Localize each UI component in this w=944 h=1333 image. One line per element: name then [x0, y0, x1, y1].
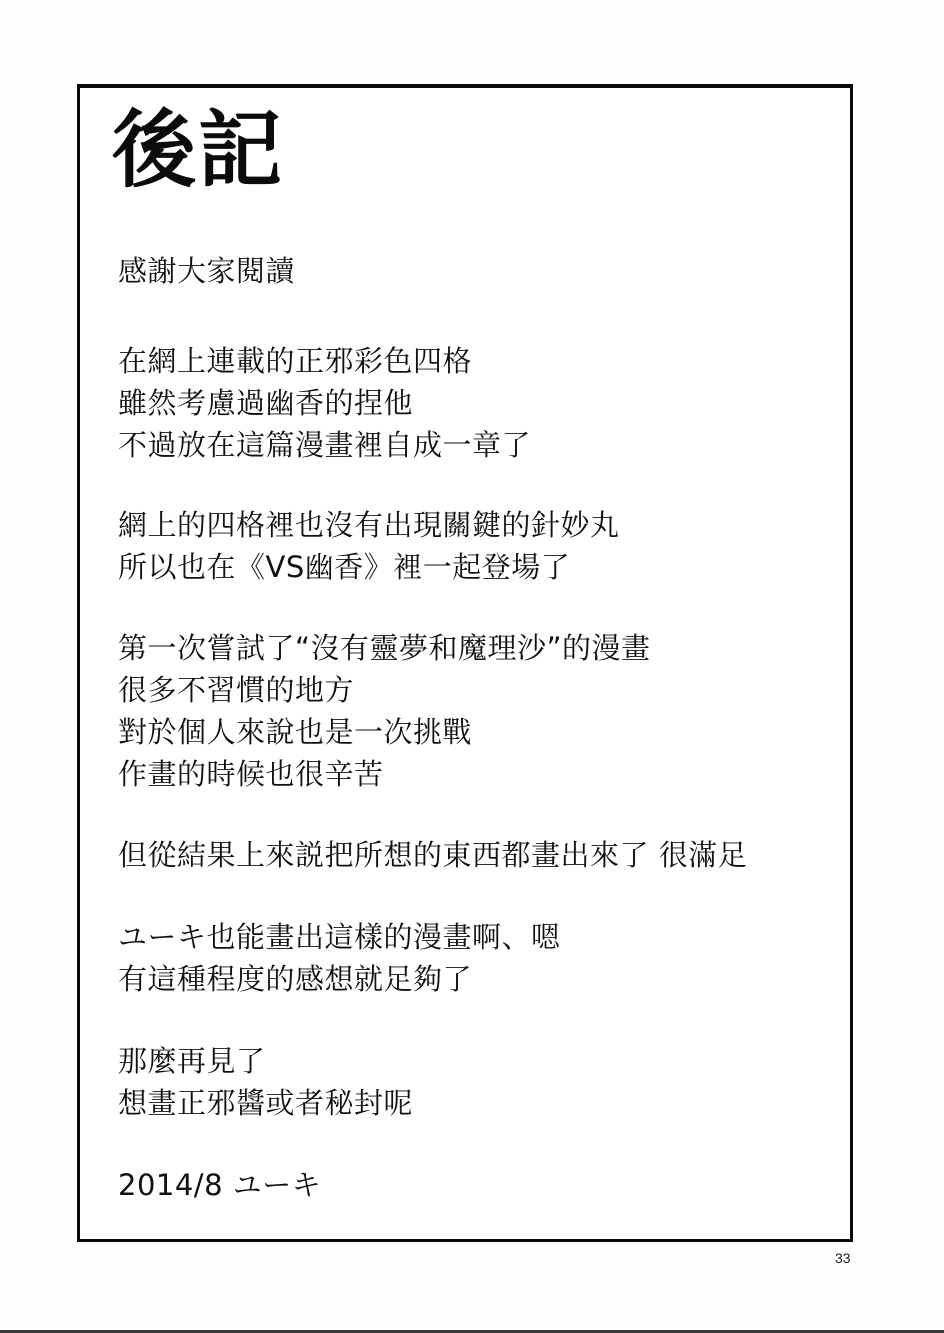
text-line: 在網上連載的正邪彩色四格: [118, 340, 531, 382]
paragraph-impression: ユーキ也能畫出這樣的漫畫啊、嗯 有這種程度的感想就足夠了: [118, 916, 561, 1000]
text-line: 感謝大家閱讀: [118, 250, 295, 292]
paragraph-thanks: 感謝大家閱讀: [118, 250, 295, 292]
paragraph-web-comic: 在網上連載的正邪彩色四格 雖然考慮過幽香的捏他 不過放在這篇漫畫裡自成一章了: [118, 340, 531, 466]
text-line: 雖然考慮過幽香的捏他: [118, 382, 531, 424]
text-line: 那麼再見了: [118, 1040, 413, 1082]
text-line: 對於個人來說也是一次挑戰: [118, 711, 651, 753]
paragraph-shinmyoumaru: 網上的四格裡也沒有出現關鍵的針妙丸 所以也在《VS幽香》裡一起登場了: [118, 504, 620, 588]
text-line: 有這種程度的感想就足夠了: [118, 958, 561, 1000]
page-title: 後記: [112, 108, 284, 192]
afterword-frame: 後記 感謝大家閱讀 在網上連載的正邪彩色四格 雖然考慮過幽香的捏他 不過放在這篇…: [77, 84, 853, 1242]
paragraph-satisfied: 但從結果上來説把所想的東西都畫出來了 很滿足: [118, 834, 747, 876]
text-line: ユーキ也能畫出這樣的漫畫啊、嗯: [118, 916, 561, 958]
paragraph-first-attempt: 第一次嘗試了“沒有靈夢和魔理沙”的漫畫 很多不習慣的地方 對於個人來說也是一次挑…: [118, 627, 651, 795]
text-line: 不過放在這篇漫畫裡自成一章了: [118, 424, 531, 466]
text-line: 第一次嘗試了“沒有靈夢和魔理沙”的漫畫: [118, 627, 651, 669]
page-number: 33: [835, 1250, 851, 1266]
text-line: 想畫正邪醬或者秘封呢: [118, 1082, 413, 1124]
text-line: 但從結果上來説把所想的東西都畫出來了 很滿足: [118, 834, 747, 876]
text-line: 網上的四格裡也沒有出現關鍵的針妙丸: [118, 504, 620, 546]
paragraph-farewell: 那麼再見了 想畫正邪醬或者秘封呢: [118, 1040, 413, 1124]
text-line: 作畫的時候也很辛苦: [118, 753, 651, 795]
text-line: 所以也在《VS幽香》裡一起登場了: [118, 546, 620, 588]
signature: 2014/8 ユーキ: [118, 1164, 321, 1206]
text-line: 很多不習慣的地方: [118, 669, 651, 711]
date-signature: 2014/8 ユーキ: [118, 1164, 321, 1206]
